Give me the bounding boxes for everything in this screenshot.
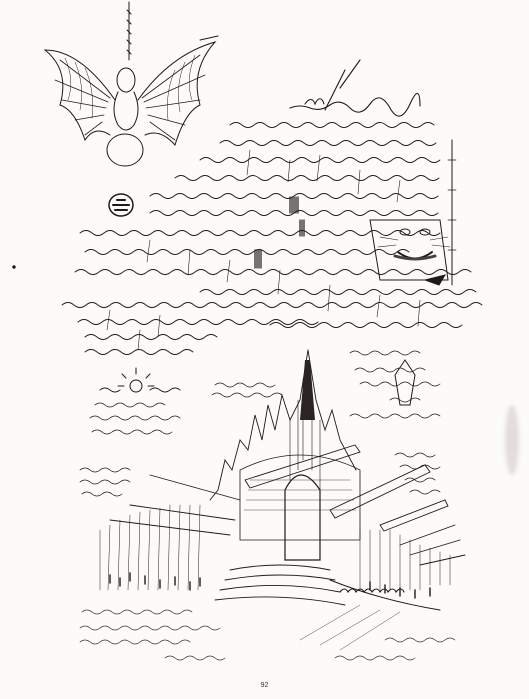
paper-stain [505, 405, 519, 475]
demon-figure [45, 36, 218, 216]
fortress-drawing [100, 350, 465, 650]
bottom-annotations [80, 610, 455, 660]
page-number: 92 [0, 682, 529, 689]
ink-drawing [0, 0, 529, 699]
left-annotations [80, 383, 282, 496]
chain-icon [127, 2, 131, 60]
sun-glyph [100, 368, 180, 392]
scanned-page: 92 [0, 0, 529, 699]
main-text-block [62, 123, 482, 355]
grotesque-face [370, 220, 450, 285]
heading-script [290, 60, 420, 116]
right-annotations [350, 351, 440, 494]
